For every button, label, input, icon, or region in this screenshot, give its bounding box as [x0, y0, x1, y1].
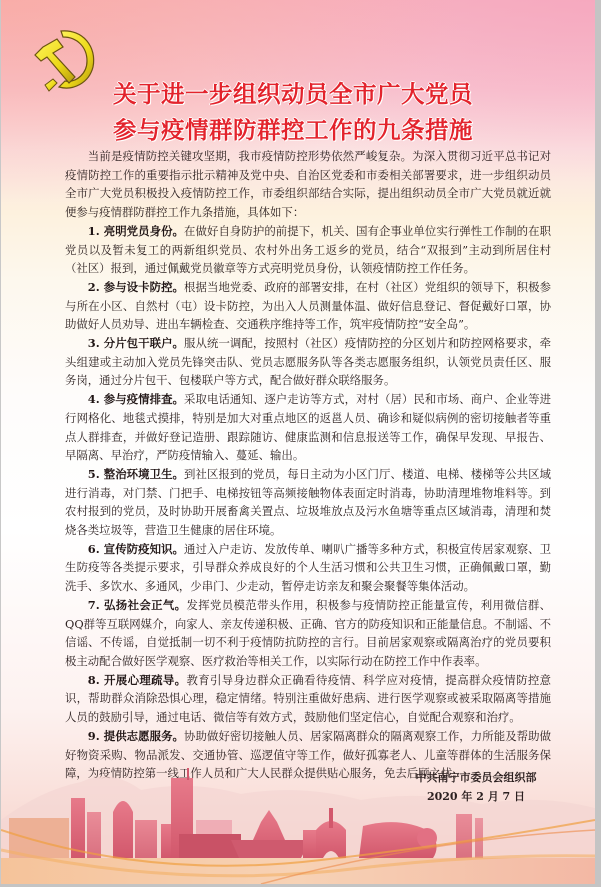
measure-heading: 8. 开展心理疏导。 [88, 673, 187, 687]
measure-1: 1. 亮明党员身份。在做好自身防护的前提下，机关、国有企事业单位实行弹性工作制的… [65, 222, 551, 278]
measure-6: 6. 宣传防疫知识。通过入户走访、发放传单、喇叭广播等多种方式，积极宣传居家观察… [65, 540, 551, 596]
measure-4: 4. 参与疫情排查。采取电话通知、逐户走访等方式，对村（居）民和市场、商户、企业… [65, 390, 551, 465]
measure-heading: 7. 弘扬社会正气。 [88, 598, 187, 612]
document-body: 当前是疫情防控关键攻坚期，我市疫情防控形势依然严峻复杂。为深入贯彻习近平总书记对… [65, 147, 551, 783]
measure-2: 2. 参与设卡防控。根据当地党委、政府的部署安排，在村（社区）党组织的领导下，积… [65, 278, 551, 334]
intro-paragraph: 当前是疫情防控关键攻坚期，我市疫情防控形势依然严峻复杂。为深入贯彻习近平总书记对… [65, 147, 551, 222]
signature-organization: 中共南宁市委员会组织部 [396, 768, 556, 787]
measure-heading: 4. 参与疫情排查。 [88, 392, 184, 406]
party-emblem-hammer-sickle-icon [31, 25, 103, 97]
signature-date: 2020 年 2 月 7 日 [396, 787, 556, 806]
measure-heading: 1. 亮明党员身份。 [88, 224, 184, 238]
measure-7: 7. 弘扬社会正气。发挥党员模范带头作用，积极参与疫情防控正能量宣传，利用微信群… [65, 596, 551, 671]
title-line-1: 关于进一步组织动员全市广大党员 [113, 76, 493, 112]
measure-5: 5. 整治环境卫生。到社区报到的党员，每日主动为小区门厅、楼道、电梯、楼梯等公共… [65, 465, 551, 540]
notice-poster: 关于进一步组织动员全市广大党员 参与疫情群防群控工作的九条措施 当前是疫情防控关… [1, 0, 595, 884]
measure-heading: 2. 参与设卡防控。 [88, 280, 184, 294]
title-line-2: 参与疫情群防群控工作的九条措施 [113, 112, 493, 148]
measure-heading: 9. 提供志愿服务。 [88, 729, 184, 743]
measure-heading: 3. 分片包干联户。 [88, 336, 184, 350]
measure-heading: 5. 整治环境卫生。 [88, 467, 184, 481]
page-edge [595, 0, 601, 887]
document-title: 关于进一步组织动员全市广大党员 参与疫情群防群控工作的九条措施 [113, 76, 493, 148]
measure-3: 3. 分片包干联户。服从统一调配，按照村（社区）疫情防控的分区划片和防控网格要求… [65, 334, 551, 390]
measure-8: 8. 开展心理疏导。教育引导身边群众正确看待疫情、科学应对疫情，提高群众疫情防控… [65, 671, 551, 727]
signature-block: 中共南宁市委员会组织部 2020 年 2 月 7 日 [396, 768, 556, 806]
measure-heading: 6. 宣传防疫知识。 [88, 542, 184, 556]
